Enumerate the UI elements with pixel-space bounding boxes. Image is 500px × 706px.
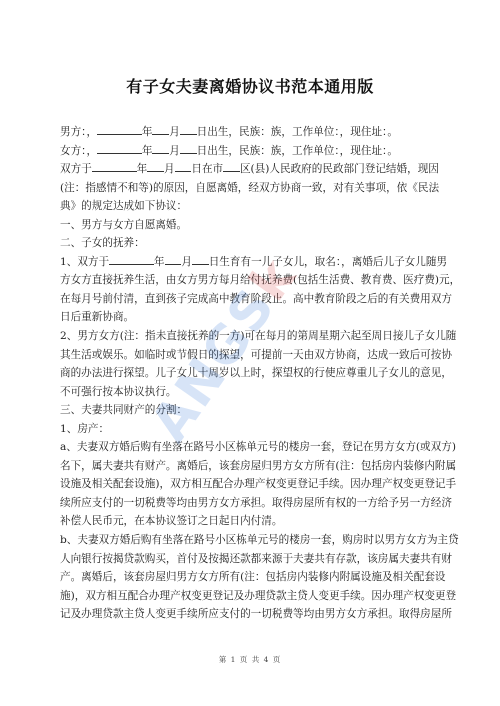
- text-segment: 名下，属夫妻共有财产。离婚后，该套房屋归男方女方所有(注：包括房内装修内附属: [60, 460, 456, 472]
- text-segment: 月: [169, 145, 180, 157]
- text-segment: 日出生，民族：族，工作单位：，现住址：。: [197, 126, 398, 138]
- text-line: 双方于年月日在市区(县)人民政府的民政部门登记结婚，现因: [60, 160, 438, 179]
- text-line: 补偿人民币元，在本协议签订之日起日内付清。: [60, 512, 438, 531]
- text-line: 1、房产：: [60, 420, 438, 439]
- text-segment: 商的办法进行探望。儿子女儿十周岁以上时，探望权的行使应尊重儿子女儿的意见，: [60, 367, 452, 379]
- text-line: 记及办理贷款主贷人变更手续所应支付的一切税费等均由男方女方承担。取得房屋所: [60, 605, 438, 624]
- text-line: 续所应支付的一切税费等均由男方女方承担。取得房屋所有权的一方给予另一方经济: [60, 494, 438, 513]
- text-segment: 月: [181, 256, 192, 268]
- text-segment: 一、男方与女方自愿离婚。: [60, 219, 187, 231]
- text-segment: 双方于: [60, 163, 92, 175]
- text-line: 一、男方与女方自愿离婚。: [60, 216, 438, 235]
- text-segment: b、夫妻双方婚后购有坐落在路号小区栋单元号的楼房一套，购房时以男方女方为主贷: [60, 534, 459, 546]
- text-line: 人向银行按揭贷款购买，首付及按揭还款都来源于夫妻共有存款，该房属夫妻共有财: [60, 550, 438, 569]
- text-line: 1、双方于年月日生育有一儿子女儿，取名：，离婚后儿子女儿随男: [60, 253, 438, 272]
- text-line: b、夫妻双方婚后购有坐落在路号小区栋单元号的楼房一套，购房时以男方女方为主贷: [60, 531, 438, 550]
- fill-in-blank: [192, 254, 209, 265]
- text-segment: 年: [137, 163, 148, 175]
- text-segment: 三、夫妻共同财产的分割：: [60, 404, 187, 416]
- text-segment: 产。离婚后，该套房屋归男方女方所有(注：包括房内装修内附属设施及相关配套设: [60, 571, 446, 583]
- fill-in-blank: [180, 124, 197, 135]
- fill-in-blank: [97, 124, 142, 135]
- text-segment: 日在市: [191, 163, 223, 175]
- text-segment: 在每月号前付清，直到孩子完成高中教育阶段止。高中教育阶段之后的有关费用双方: [60, 293, 452, 305]
- text-segment: (注：指感情不和等)的原因，自愿离婚，经双方协商一致，对有关事项，依《民法: [60, 182, 439, 194]
- text-line: 日后重新协商。: [60, 308, 438, 327]
- document-page: 有子女夫妻离婚协议书范本通用版 男方：，年月日出生，民族：族，工作单位：，现住址…: [0, 0, 500, 706]
- text-segment: 1、双方于: [60, 256, 109, 268]
- text-line: 施)，双方相互配合办理产权变更登记及办理贷款主贷人变更手续。因办理产权变更登: [60, 587, 438, 606]
- text-line: 其生活或娱乐。如临时或节假日的探望，可提前一天由双方协商，达成一致后可按协: [60, 346, 438, 365]
- text-segment: 补偿人民币元，在本协议签订之日起日内付清。: [60, 515, 282, 527]
- text-line: 2、男方女方(注：指未直接抚养的一方)可在每月的第周星期六起至周日接儿子女儿随: [60, 327, 438, 346]
- text-line: a、夫妻双方婚后购有坐落在路号小区栋单元号的楼房一套，登记在男方女方(或双方): [60, 438, 438, 457]
- text-line: 女方：，年月日出生，民族：族，工作单位：，现住址：。: [60, 142, 438, 161]
- page-footer: 第 1 页 共 4 页: [0, 654, 500, 665]
- text-line: 典》的规定达成如下协议：: [60, 197, 438, 216]
- document-title: 有子女夫妻离婚协议书范本通用版: [0, 74, 500, 97]
- fill-in-blank: [175, 161, 192, 172]
- text-line: 三、夫妻共同财产的分割：: [60, 401, 438, 420]
- text-segment: 1、房产：: [60, 423, 109, 435]
- text-segment: 区(县)人民政府的民政部门登记结婚，现因: [240, 163, 439, 175]
- text-segment: 年: [154, 256, 165, 268]
- text-line: 设施及相关配套设施)，双方相互配合办理产权变更登记手续。因办理产权变更登记手: [60, 475, 438, 494]
- fill-in-blank: [152, 124, 169, 135]
- text-segment: 年: [142, 145, 153, 157]
- fill-in-blank: [109, 254, 154, 265]
- text-line: 商的办法进行探望。儿子女儿十周岁以上时，探望权的行使应尊重儿子女儿的意见，: [60, 364, 438, 383]
- text-segment: 女方：，: [60, 145, 97, 157]
- text-line: 在每月号前付清，直到孩子完成高中教育阶段止。高中教育阶段之后的有关费用双方: [60, 290, 438, 309]
- text-line: 产。离婚后，该套房屋归男方女方所有(注：包括房内装修内附属设施及相关配套设: [60, 568, 438, 587]
- text-segment: a、夫妻双方婚后购有坐落在路号小区栋单元号的楼房一套，登记在男方女方(或双方): [60, 441, 456, 453]
- text-segment: 月: [169, 126, 180, 138]
- text-segment: 施)，双方相互配合办理产权变更登记及办理贷款主贷人变更手续。因办理产权变更登: [60, 590, 456, 602]
- fill-in-blank: [223, 161, 240, 172]
- text-line: 名下，属夫妻共有财产。离婚后，该套房屋归男方女方所有(注：包括房内装修内附属: [60, 457, 438, 476]
- text-segment: 续所应支付的一切税费等均由男方女方承担。取得房屋所有权的一方给予另一方经济: [60, 497, 452, 509]
- text-line: 男方：，年月日出生，民族：族，工作单位：，现住址：。: [60, 123, 438, 142]
- fill-in-blank: [147, 161, 164, 172]
- text-line: 方女方直接抚养生活，由女方男方每月给付抚养费(包括生活费、教育费、医疗费)元，: [60, 271, 438, 290]
- text-segment: 二、子女的抚养：: [60, 237, 145, 249]
- fill-in-blank: [92, 161, 137, 172]
- text-segment: 设施及相关配套设施)，双方相互配合办理产权变更登记手续。因办理产权变更登记手: [60, 478, 456, 490]
- fill-in-blank: [180, 143, 197, 154]
- text-line: 二、子女的抚养：: [60, 234, 438, 253]
- text-segment: 男方：，: [60, 126, 97, 138]
- document-body: 男方：，年月日出生，民族：族，工作单位：，现住址：。女方：，年月日出生，民族：族…: [60, 123, 438, 624]
- text-segment: 年: [142, 126, 153, 138]
- text-segment: 方女方直接抚养生活，由女方男方每月给付抚养费(包括生活费、教育费、医疗费)元，: [60, 274, 460, 286]
- text-line: 不可强行按本协议执行。: [60, 383, 438, 402]
- text-segment: 日后重新协商。: [60, 311, 134, 323]
- fill-in-blank: [165, 254, 182, 265]
- text-segment: 记及办理贷款主贷人变更手续所应支付的一切税费等均由男方女方承担。取得房屋所: [60, 608, 452, 620]
- text-segment: 人向银行按揭贷款购买，首付及按揭还款都来源于夫妻共有存款，该房属夫妻共有财: [60, 553, 452, 565]
- text-segment: 典》的规定达成如下协议：: [60, 200, 187, 212]
- fill-in-blank: [97, 143, 142, 154]
- fill-in-blank: [152, 143, 169, 154]
- text-segment: 日出生，民族：族，工作单位：，现住址：。: [197, 145, 398, 157]
- text-segment: 日生育有一儿子女儿，取名：，离婚后儿子女儿随男: [209, 256, 447, 268]
- text-line: (注：指感情不和等)的原因，自愿离婚，经双方协商一致，对有关事项，依《民法: [60, 179, 438, 198]
- text-segment: 月: [164, 163, 175, 175]
- text-segment: 不可强行按本协议执行。: [60, 386, 177, 398]
- text-segment: 其生活或娱乐。如临时或节假日的探望，可提前一天由双方协商，达成一致后可按协: [60, 349, 452, 361]
- text-segment: 2、男方女方(注：指未直接抚养的一方)可在每月的第周星期六起至周日接儿子女儿随: [60, 330, 456, 342]
